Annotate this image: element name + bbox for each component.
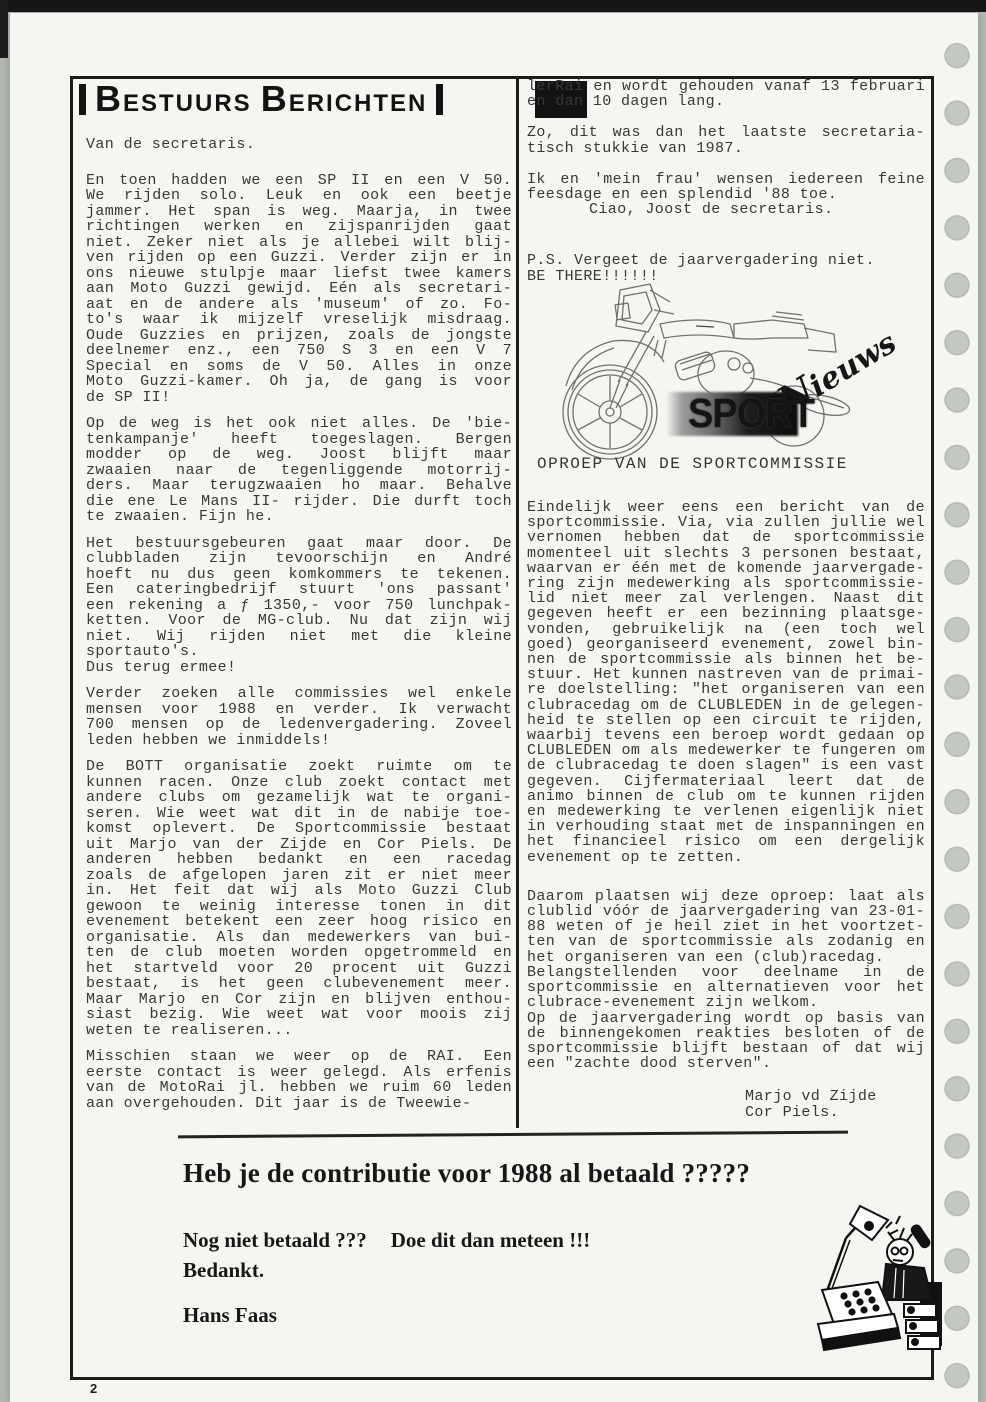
left-column: Van de secretaris. En toen hadden we een…	[86, 137, 512, 1111]
scanned-newsletter-page: BESTUURS BERICHTEN Van de secretaris. En…	[0, 0, 986, 1402]
contribution-reminder: Nog niet betaald ??? Doe dit dan meteen …	[183, 1228, 590, 1253]
paragraph: Dus terug ermee!	[86, 660, 512, 676]
thanks-text: Bedankt.	[183, 1258, 264, 1283]
masthead-bar-right	[436, 84, 443, 115]
masthead: BESTUURS BERICHTEN	[79, 81, 443, 117]
scan-edge-left	[0, 0, 8, 58]
punch-holes	[934, 27, 980, 1397]
right-column-top: lerRai en wordt gehouden vanaf 13 februa…	[527, 79, 925, 284]
right-column-main: Eindelijk weer eens een bericht van desp…	[527, 500, 925, 1131]
signature-sportcommissie: Marjo vd ZijdeCor Piels.	[527, 1089, 925, 1119]
sport-section-caption: OPROEP VAN DE SPORTCOMMISSIE	[537, 455, 848, 473]
paragraph: De BOTT organisatie zoekt ruimte om teku…	[86, 759, 512, 1038]
paragraph: Zo, dit was dan het laatste secretaria-t…	[527, 125, 925, 155]
paragraph: Ciao, Joost de secretaris.	[527, 202, 925, 217]
reminder-question: Nog niet betaald ???	[183, 1228, 367, 1253]
masthead-word-bestuurs: BESTUURS	[95, 81, 252, 117]
paragraph: Misschien staan we weer op de RAI. Eenee…	[86, 1049, 512, 1111]
paragraph: lerRai en wordt gehouden vanaf 13 februa…	[527, 79, 925, 109]
paragraph: Daarom plaatsen wij deze oproep: laat al…	[527, 889, 925, 965]
paragraph: Eindelijk weer eens een bericht van desp…	[527, 500, 925, 865]
paragraph: Op de jaarvergadering wordt op basis van…	[527, 1011, 925, 1072]
column-divider	[516, 76, 519, 1128]
paragraph: Het bestuursgebeuren gaat maar door. Dec…	[86, 536, 512, 660]
paragraph: Verder zoeken alle commissies wel enkele…	[86, 686, 512, 748]
ps-note: P.S. Vergeet de jaarvergadering niet.	[527, 253, 925, 268]
masthead-bar-left	[79, 84, 86, 115]
signature-hans-faas: Hans Faas	[183, 1303, 277, 1328]
scan-edge-top	[0, 0, 986, 12]
reminder-instruction: Doe dit dan meteen !!!	[391, 1228, 590, 1253]
phone-cartoon	[808, 1198, 943, 1358]
paragraph: En toen hadden we een SP II en een V 50.…	[86, 173, 512, 406]
paragraph: Ik en 'mein frau' wensen iedereen feinef…	[527, 172, 925, 202]
paragraph: Op de weg is het ook niet alles. De 'bie…	[86, 416, 512, 525]
masthead-word-berichten: BERICHTEN	[261, 81, 428, 117]
salutation: Van de secretaris.	[86, 137, 512, 153]
paragraph: Belangstellenden voor deelname in despor…	[527, 965, 925, 1011]
contribution-headline: Heb je de contributie voor 1988 al betaa…	[183, 1158, 750, 1189]
page-number: 2	[90, 1381, 97, 1396]
